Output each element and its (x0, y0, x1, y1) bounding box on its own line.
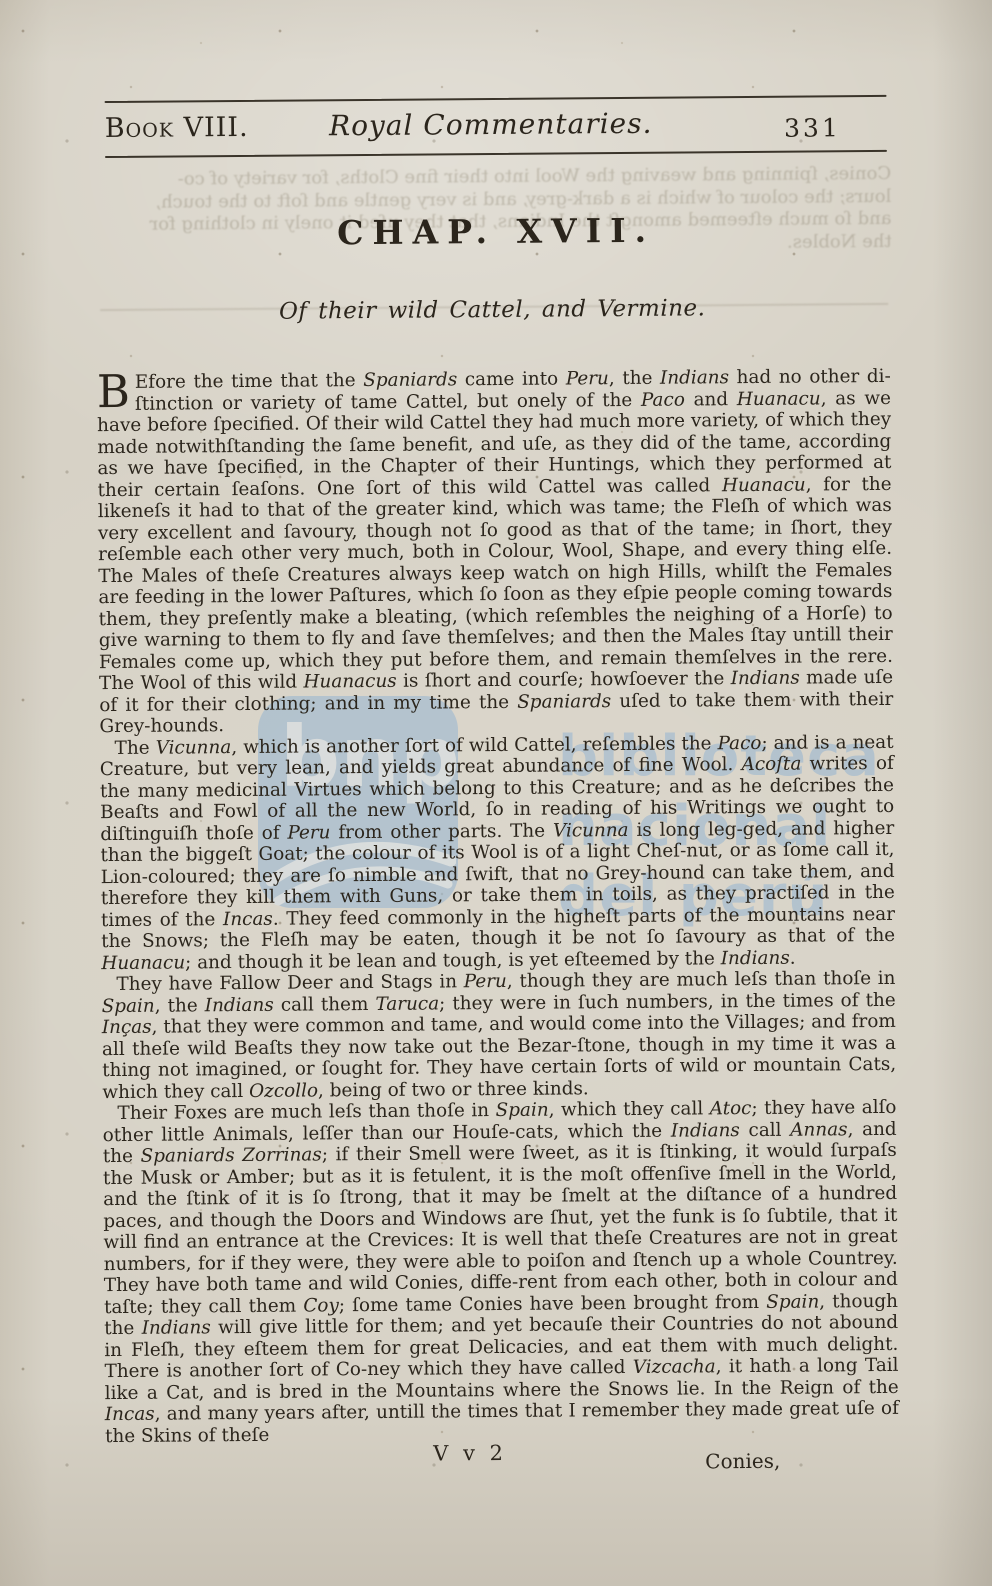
page-number: 331 (784, 113, 841, 142)
chapter-subtitle: Of their wild Cattel, and Vermine. (0, 293, 988, 327)
paragraph-4: Their Foxes are much leſs than thoſe in … (102, 1097, 899, 1447)
signature-mark: V v 2 (433, 1441, 507, 1466)
paragraph-1: BEfore the time that the Spaniards came … (97, 366, 894, 738)
paragraph-1-text: Efore the time that the Spaniards came i… (97, 366, 893, 737)
body-text: BEfore the time that the Spaniards came … (97, 366, 899, 1447)
paragraph-3: They have Fallow Deer and Stags in Peru,… (101, 968, 896, 1103)
book-page-scan: bnp biblioteca nacional del perú Book VI… (0, 0, 992, 1586)
chapter-heading: CHAP. XVII. (0, 208, 988, 255)
header-rule-top (105, 95, 887, 104)
drop-cap: B (97, 372, 135, 410)
printed-page-content: Book VIII. Royal Commentaries. 331 Conie… (0, 0, 992, 1586)
paragraph-2: The Vicunna, which is another ſort of wi… (100, 731, 896, 974)
header-rule-bottom (105, 150, 887, 158)
catchword: Conies, (705, 1449, 780, 1474)
